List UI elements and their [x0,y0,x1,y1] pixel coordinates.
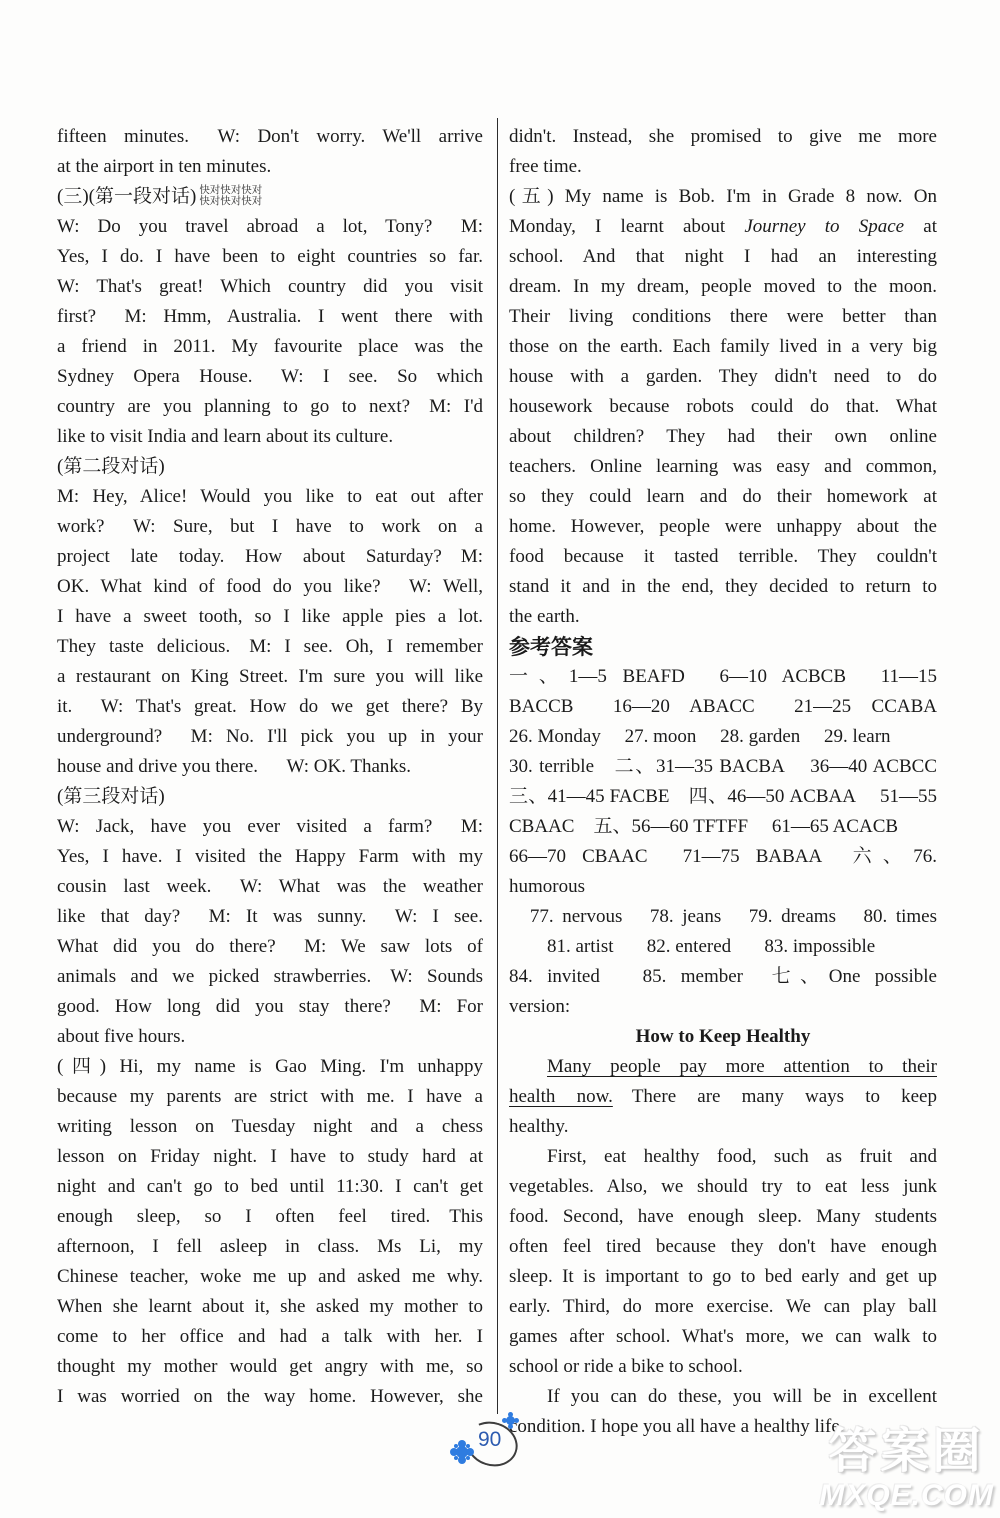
text-run: When she learnt about it, she asked my m… [57,1296,483,1317]
text-run: There are many ways to keep [613,1086,937,1107]
text-run: What did you do there? M: We saw lots of [57,936,483,957]
watermark-brand: 答案圈 [819,1426,994,1478]
text-run: good. How long did you stay there? M: Fo… [57,996,483,1017]
text-run: W: That's great! Which country did you v… [57,276,483,297]
text-line: (第二段对话) [57,452,483,482]
text-run: 26. Monday 27. moon 28. garden 29. learn [509,726,891,747]
text-run: because my parents are strict with me. I… [57,1086,483,1107]
text-line: school or ride a bike to school. [509,1352,937,1382]
text-run: night and can't go to bed until 11:30. I… [57,1176,483,1197]
text-line: about five hours. [57,1022,483,1052]
text-run: housework because robots could do that. … [509,396,937,417]
text-line: Their living conditions there were bette… [509,302,937,332]
text-run: lesson on Friday night. I have to study … [57,1146,483,1167]
text-line: food. Second, have enough sleep. Many st… [509,1202,937,1232]
text-run: at [904,216,937,237]
text-line: so they could learn and do their homewor… [509,482,937,512]
text-run: the earth. [509,606,580,627]
text-line: night and can't go to bed until 11:30. I… [57,1172,483,1202]
text-run: those on the earth. Each family lived in… [509,336,937,357]
text-line: I have a sweet tooth, so I like apple pi… [57,602,483,632]
text-run: stand it and in the end, they decided to… [509,576,937,597]
text-line: house with a garden. They didn't need to… [509,362,937,392]
text-run: 三、41—45 FACBE 四、46—50 ACBAA 51—55 [509,786,937,807]
text-line: dream. In my dream, people moved to the … [509,272,937,302]
text-line: stand it and in the end, they decided to… [509,572,937,602]
text-line: writing lesson on Tuesday night and a ch… [57,1112,483,1142]
text-line: fifteen minutes. W: Don't worry. We'll a… [57,122,483,152]
text-line: They taste delicious. M: I see. Oh, I re… [57,632,483,662]
text-run: How to Keep Healthy [636,1026,811,1047]
text-line: about children? They had their own onlin… [509,422,937,452]
text-run: like that day? M: It was sunny. W: I see… [57,906,483,927]
text-run: school. And that night I had an interest… [509,246,937,267]
text-run: like to visit India and learn about its … [57,426,393,447]
text-line: teachers. Online learning was easy and c… [509,452,937,482]
text-run: underground? M: No. I'll pick you up in … [57,726,483,747]
text-line: first? M: Hmm, Australia. I went there w… [57,302,483,332]
text-run: often feel tired because they don't have… [509,1236,937,1257]
text-run: Sydney Opera House. W: I see. So which [57,366,483,387]
text-run: Chinese teacher, woke me up and asked me… [57,1266,483,1287]
text-run: free time. [509,156,582,177]
text-line: early. Third, do more exercise. We can p… [509,1292,937,1322]
text-run: didn't. Instead, she promised to give me… [509,126,937,147]
text-run: dream. In my dream, people moved to the … [509,276,937,297]
text-run: 66—70 CBAAC 71—75 BABAA 六、76. humorous [509,846,937,897]
text-run: home. However, people were unhappy about… [509,516,937,537]
text-run: teachers. Online learning was easy and c… [509,456,937,477]
text-line: cousin last week. W: What was the weathe… [57,872,483,902]
text-run: W: Jack, have you ever visited a farm? M… [57,816,483,837]
text-line: First, eat healthy food, such as fruit a… [509,1142,937,1172]
text-run: First, eat healthy food, such as fruit a… [547,1146,937,1167]
text-line: free time. [509,152,937,182]
right-column: didn't. Instead, she promised to give me… [509,122,937,1442]
kuaidui-overlay-text: 快对快对快对快对快对快对 [199,185,262,207]
text-line: project late today. How about Saturday? … [57,542,483,572]
text-line: because my parents are strict with me. I… [57,1082,483,1112]
text-run: country are you planning to go to next? … [57,396,483,417]
text-line: underground? M: No. I'll pick you up in … [57,722,483,752]
text-run: CBAAC 五、56—60 TFTFF 61—65 ACACB [509,816,898,837]
text-run: school or ride a bike to school. [509,1356,743,1377]
text-run: animals and we picked strawberries. W: S… [57,966,483,987]
text-run: a friend in 2011. My favourite place was… [57,336,483,357]
text-line: home. However, people were unhappy about… [509,512,937,542]
text-line: 一、1—5 BEAFD 6—10 ACBCB 11—15 [509,662,937,692]
text-run: work? W: Sure, but I have to work on a [57,516,483,537]
text-line: those on the earth. Each family lived in… [509,332,937,362]
text-line: the earth. [509,602,937,632]
text-run: house and drive you there. W: OK. Thanks… [57,756,411,777]
text-line: Monday, I learnt about Journey to Space … [509,212,937,242]
text-run: enough sleep, so I often feel tired. Thi… [57,1206,483,1227]
text-run: afternoon, I fell asleep in class. Ms Li… [57,1236,483,1257]
text-run: Yes, I have. I visited the Happy Farm wi… [57,846,483,867]
text-line: good. How long did you stay there? M: Fo… [57,992,483,1022]
text-line: come to her office and had a talk with h… [57,1322,483,1352]
text-line: like that day? M: It was sunny. W: I see… [57,902,483,932]
text-line: 66—70 CBAAC 71—75 BABAA 六、76. humorous [509,842,937,902]
text-run: If you can do these, you will be in exce… [547,1386,937,1407]
text-line: When she learnt about it, she asked my m… [57,1292,483,1322]
text-line: animals and we picked strawberries. W: S… [57,962,483,992]
text-run: 77. nervous 78. jeans 79. dreams 80. tim… [530,906,937,927]
text-line: Yes, I have. I visited the Happy Farm wi… [57,842,483,872]
text-line: 77. nervous 78. jeans 79. dreams 80. tim… [509,902,937,932]
text-run: about children? They had their own onlin… [509,426,937,447]
text-line: at the airport in ten minutes. [57,152,483,182]
text-line: afternoon, I fell asleep in class. Ms Li… [57,1232,483,1262]
text-run: early. Third, do more exercise. We can p… [509,1296,937,1317]
text-run: OK. What kind of food do you like? W: We… [57,576,483,597]
text-run: I have a sweet tooth, so I like apple pi… [57,606,483,627]
text-line: Many people pay more attention to their [509,1052,937,1082]
text-run: first? M: Hmm, Australia. I went there w… [57,306,483,327]
text-run: 一、1—5 BEAFD 6—10 ACBCB 11—15 [509,666,937,687]
text-line: country are you planning to go to next? … [57,392,483,422]
text-run: I was worried on the way home. However, … [57,1386,483,1407]
text-line: didn't. Instead, she promised to give me… [509,122,937,152]
text-run: BACCB 16—20 ABACC 21—25 CCABA [509,696,937,717]
text-line: a friend in 2011. My favourite place was… [57,332,483,362]
text-run: games after school. What's more, we can … [509,1326,937,1347]
text-line: thought my mother would get angry with m… [57,1352,483,1382]
scanned-answer-page: fifteen minutes. W: Don't worry. We'll a… [0,0,1000,1518]
text-run: writing lesson on Tuesday night and a ch… [57,1116,483,1137]
text-line: house and drive you there. W: OK. Thanks… [57,752,483,782]
text-line: I was worried on the way home. However, … [57,1382,483,1412]
flower-icon [506,1416,515,1425]
text-run: cousin last week. W: What was the weathe… [57,876,483,897]
text-run: sleep. It is important to go to bed earl… [509,1266,937,1287]
page-number-badge: 90 [452,1414,532,1480]
text-run: fifteen minutes. W: Don't worry. We'll a… [57,126,483,147]
text-run: (三)(第一段对话) [57,186,196,207]
text-run: food because it tasted terrible. They co… [509,546,937,567]
text-line: enough sleep, so I often feel tired. Thi… [57,1202,483,1232]
text-line: vegetables. Also, we should try to eat l… [509,1172,937,1202]
text-line: (第三段对话) [57,782,483,812]
text-line: OK. What kind of food do you like? W: We… [57,572,483,602]
essay-title: How to Keep Healthy [509,1022,937,1052]
text-run: Journey to Space [744,216,904,237]
text-line: 三、41—45 FACBE 四、46—50 ACBAA 51—55 [509,782,937,812]
text-run: (四) Hi, my name is Gao Ming. I'm unhappy [57,1056,483,1077]
text-run: M: Hey, Alice! Would you like to eat out… [57,486,483,507]
text-line: BACCB 16—20 ABACC 21—25 CCABA [509,692,937,722]
text-line: 84. invited 85. member 七、One possible [509,962,937,992]
text-run: thought my mother would get angry with m… [57,1356,483,1377]
text-line: Chinese teacher, woke me up and asked me… [57,1262,483,1292]
text-run: food. Second, have enough sleep. Many st… [509,1206,937,1227]
text-run: a restaurant on King Street. I'm sure yo… [57,666,483,687]
text-run: version: [509,996,570,1017]
text-run: about five hours. [57,1026,185,1047]
text-line: health now. There are many ways to keep [509,1082,937,1112]
text-run: They taste delicious. M: I see. Oh, I re… [57,636,483,657]
text-line: often feel tired because they don't have… [509,1232,937,1262]
left-column: fifteen minutes. W: Don't worry. We'll a… [57,122,483,1412]
text-run: 84. invited 85. member 七、One possible [509,966,937,987]
text-run: project late today. How about Saturday? … [57,546,483,567]
text-line: lesson on Friday night. I have to study … [57,1142,483,1172]
text-line: it. W: That's great. How do we get there… [57,692,483,722]
text-line: games after school. What's more, we can … [509,1322,937,1352]
watermark: 答案圈 MXQE.COM [819,1426,994,1514]
text-line: food because it tasted terrible. They co… [509,542,937,572]
text-line: (四) Hi, my name is Gao Ming. I'm unhappy [57,1052,483,1082]
text-line: like to visit India and learn about its … [57,422,483,452]
text-run: 参考答案 [509,635,593,659]
text-run: Many people pay more attention to their [547,1056,937,1077]
flower-icon [456,1446,468,1458]
text-run: Yes, I do. I have been to eight countrie… [57,246,483,267]
text-run: 30. terrible 二、31—35 BACBA 36—40 ACBCC [509,756,937,777]
text-line: school. And that night I had an interest… [509,242,937,272]
text-line: If you can do these, you will be in exce… [509,1382,937,1412]
text-run: healthy. [509,1116,568,1137]
text-run: (第三段对话) [57,786,165,807]
text-run: 81. artist 82. entered 83. impossible [547,936,875,957]
text-line: M: Hey, Alice! Would you like to eat out… [57,482,483,512]
text-line: (三)(第一段对话)快对快对快对快对快对快对 [57,182,483,212]
answers-heading: 参考答案 [509,632,937,662]
text-line: version: [509,992,937,1022]
text-line: a restaurant on King Street. I'm sure yo… [57,662,483,692]
text-line: Yes, I do. I have been to eight countrie… [57,242,483,272]
text-run: at the airport in ten minutes. [57,156,271,177]
text-line: 30. terrible 二、31—35 BACBA 36—40 ACBCC [509,752,937,782]
column-divider [497,118,498,1414]
text-line: 26. Monday 27. moon 28. garden 29. learn [509,722,937,752]
text-line: work? W: Sure, but I have to work on a [57,512,483,542]
text-run: so they could learn and do their homewor… [509,486,937,507]
text-run: (第二段对话) [57,456,165,477]
text-run: (五) My name is Bob. I'm in Grade 8 now. … [509,186,937,207]
text-line: What did you do there? M: We saw lots of [57,932,483,962]
text-run: Monday, I learnt about [509,216,744,237]
text-line: W: Jack, have you ever visited a farm? M… [57,812,483,842]
text-line: housework because robots could do that. … [509,392,937,422]
text-line: 81. artist 82. entered 83. impossible [509,932,937,962]
text-run: vegetables. Also, we should try to eat l… [509,1176,937,1197]
text-run: Their living conditions there were bette… [509,306,937,327]
text-run: W: Do you travel abroad a lot, Tony? M: [57,216,483,237]
text-run: condition. I hope you all have a healthy… [509,1416,845,1437]
text-run: house with a garden. They didn't need to… [509,366,937,387]
text-line: CBAAC 五、56—60 TFTFF 61—65 ACACB [509,812,937,842]
text-line: sleep. It is important to go to bed earl… [509,1262,937,1292]
watermark-site: MXQE.COM [819,1478,994,1514]
text-line: (五) My name is Bob. I'm in Grade 8 now. … [509,182,937,212]
text-line: healthy. [509,1112,937,1142]
text-run: health now. [509,1086,613,1107]
page-number: 90 [478,1428,501,1452]
text-line: W: Do you travel abroad a lot, Tony? M: [57,212,483,242]
text-line: Sydney Opera House. W: I see. So which [57,362,483,392]
text-run: it. W: That's great. How do we get there… [57,696,483,717]
text-line: W: That's great! Which country did you v… [57,272,483,302]
text-run: come to her office and had a talk with h… [57,1326,483,1347]
